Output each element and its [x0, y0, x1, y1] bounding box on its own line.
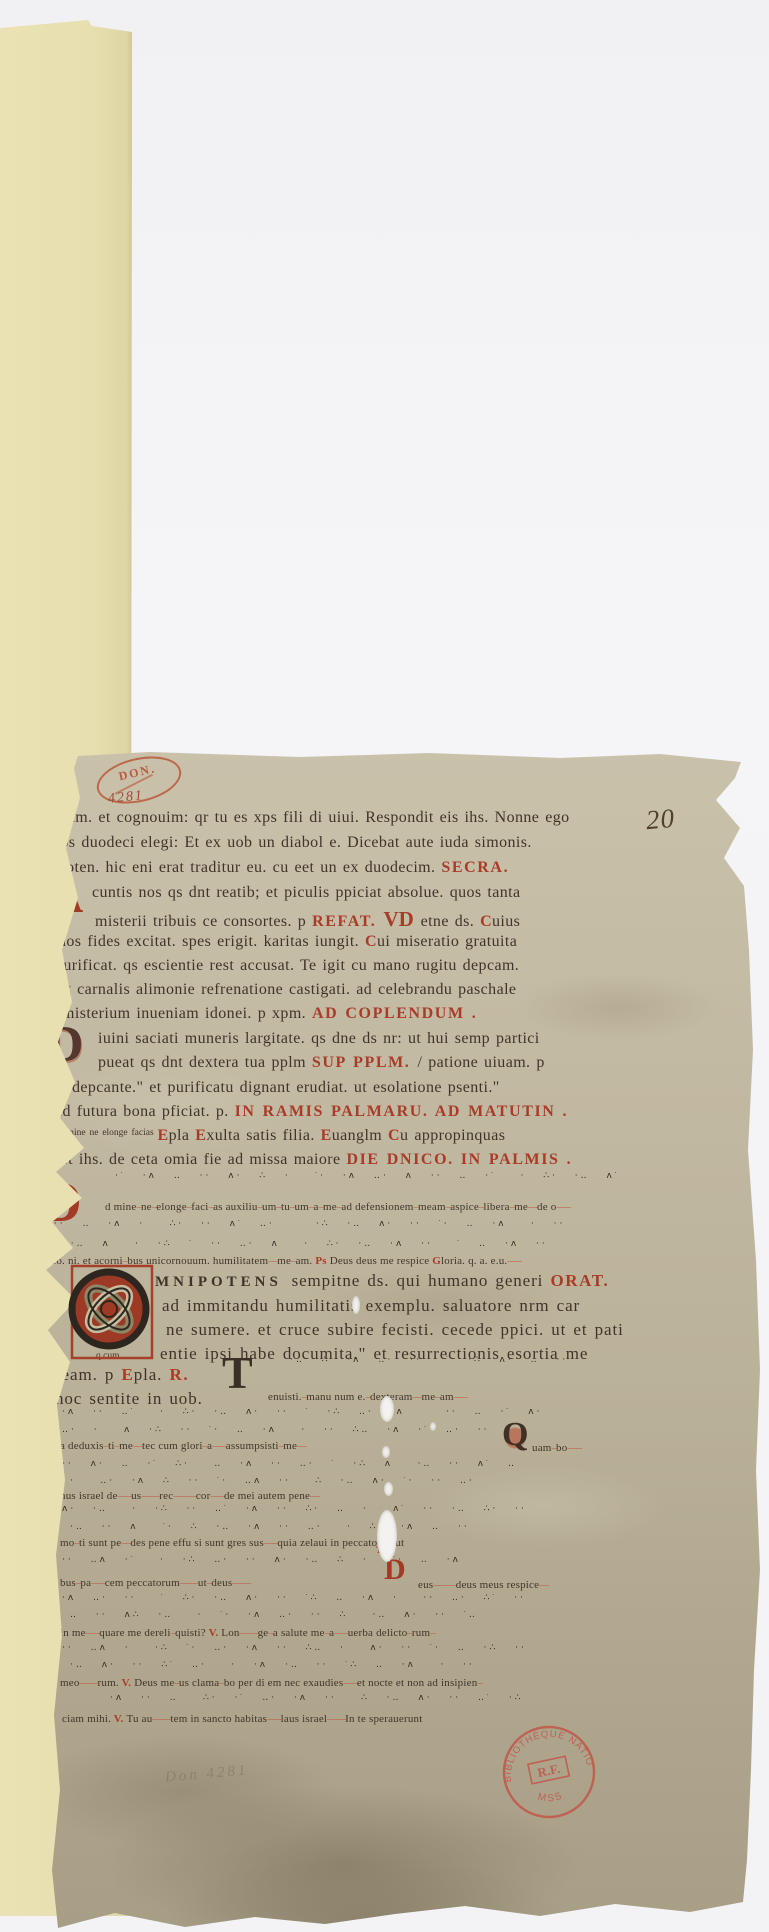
text-line: nus israel de–––us––––rec–––––cor–––de m… — [60, 1491, 319, 1502]
manuscript-text: assumpsisti — [226, 1440, 279, 1452]
manuscript-text: uam — [532, 1442, 552, 1454]
text-line: cuntis nos qs dnt reatib; et piculis ppi… — [92, 885, 521, 901]
rubric-text: E — [321, 1127, 332, 1144]
manuscript-text: ––– — [264, 1537, 278, 1549]
neume-row: ··· ‥ ·ʌ ·˙ ∴· ·· ʌ′ ‥· ˙ ·∴ ·‥ ʌ· ·· ′·… — [48, 1220, 738, 1233]
rubric-text: SECRA. — [441, 859, 509, 876]
manuscript-text: Deus me — [134, 1677, 174, 1689]
parchment-hole — [380, 1396, 394, 1422]
rubric-text: E — [121, 1365, 133, 1384]
text-line: dim. et cognouim: qr tu es xps fili di u… — [62, 810, 570, 826]
text-line: meo––––rum. V. Deus me–us clama–bo per d… — [60, 1678, 482, 1689]
manuscript-text: tu — [281, 1201, 290, 1213]
manuscript-text: ne — [141, 1201, 152, 1213]
manuscript-text: ad defensionem — [341, 1201, 413, 1213]
text-line: ut carnalis alimonie refrenatione castig… — [58, 982, 516, 998]
manuscript-text: –––– — [232, 1577, 250, 1589]
manuscript-text: meo — [60, 1677, 80, 1689]
text-line: arioten. hic eni erat traditur eu. cu ee… — [48, 860, 509, 876]
text-line: mo–ti sunt pe––des pene effu si sunt gre… — [60, 1538, 404, 1549]
manuscript-text: quisti? — [175, 1627, 206, 1639]
rubric-text: AD COPLENDUM . — [312, 1005, 477, 1022]
manuscript-text: ––– — [343, 1677, 357, 1689]
manuscript-text: cuntis nos qs dnt reatib; et piculis ppi… — [92, 884, 521, 901]
manuscript-text: In te sperauerunt — [345, 1713, 422, 1725]
neume-row: ·‥ ·· ʌ˙ ′· ∴ ·‥ ·ʌ ·· ‥· ˙· ∴· ·ʌ ‥ ·· — [70, 1523, 750, 1536]
manuscript-text: am. — [296, 1255, 313, 1267]
manuscript-text: tec cum glori — [142, 1440, 203, 1452]
text-line: iuini saciati muneris largitate. qs dne … — [98, 1031, 540, 1047]
manuscript-text: quia zelaui in peccato — [277, 1537, 377, 1549]
rubric-text: V. — [111, 1713, 126, 1725]
manuscript-text: – — [430, 1627, 435, 1639]
illuminated-initial-o — [64, 1258, 156, 1362]
manuscript-text: aspice — [450, 1201, 479, 1213]
parchment-hole — [352, 1296, 360, 1314]
manuscript-text: xulta satis filia. — [206, 1127, 320, 1144]
neume-row: ʌ· ·‥ ˙· ·∴ ·· ‥′ ·ʌ ·· ∴· ‥ ·˙ ʌ′ ·· ·‥… — [62, 1505, 752, 1518]
neume-row: ·′ ·ʌ ‥ ·· ʌ· ∴ ·˙ ′· ·ʌ ‥· ʌ ·· ‥ ·′ ˙·… — [115, 1172, 735, 1185]
manuscript-text: pueat qs dnt dextera tua pplm — [98, 1054, 312, 1071]
manuscript-text: –– — [121, 1537, 130, 1549]
manuscript-text: MNIPOTENS — [155, 1274, 292, 1290]
manuscript-text: ad futura bona pficiat. p. — [55, 1103, 235, 1120]
manuscript-text: ––– — [267, 1713, 281, 1725]
neume-row: ·˙ ‥· ·ʌ ∴ ·· ′· ‥ʌ ·· ˙∴ ·‥ ʌ· ′· ·· ‥· — [70, 1477, 740, 1490]
folio-number: 20 — [645, 803, 677, 836]
manuscript-text: ––––– — [173, 1490, 196, 1502]
text-line: ad futura bona pficiat. p. IN RAMIS PALM… — [55, 1104, 568, 1120]
rubric-text: R. — [169, 1365, 189, 1384]
manuscript-text: rum. — [98, 1677, 119, 1689]
neume-row: ‥ ·· ʌ∴ ·‥ ˙· ′· ·ʌ ‥· ·· ∴˙ ·‥ ʌ· ·· ′‥ — [70, 1611, 750, 1624]
manuscript-text: loria. q. a. e.u. — [441, 1255, 507, 1267]
manuscript-text: a salute me — [273, 1627, 325, 1639]
manuscript-text: me — [277, 1255, 291, 1267]
manuscript-text: hoc sentite in uob. — [55, 1389, 203, 1408]
manuscript-text: –– — [297, 1440, 306, 1452]
manuscript-text: u appropinquas — [400, 1127, 505, 1144]
library-stamp: BIBLIOTHÈQUE NATIONALE R.F. MSS — [490, 1713, 609, 1832]
manuscript-text: ––––– — [433, 1579, 456, 1591]
manuscript-text: / patione uiuam. p — [418, 1054, 545, 1071]
manuscript-text: –– — [539, 1579, 548, 1591]
manuscript-text: am — [440, 1391, 454, 1403]
manuscript-text: pla. — [134, 1365, 170, 1384]
manuscript-photo: dim. et cognouim: qr tu es xps fili di u… — [0, 0, 769, 1932]
manuscript-text: –––– — [180, 1577, 198, 1589]
manuscript-text: uanglm — [332, 1127, 388, 1144]
manuscript-text: depcante." et purificatu dignant erudiat… — [72, 1079, 500, 1096]
text-line: ciam mihi. V. Tu au––––tem in sancto hab… — [62, 1714, 422, 1725]
manuscript-text: Tu au — [126, 1713, 152, 1725]
manuscript-text: –– — [528, 1201, 537, 1213]
rubric-text: E — [158, 1127, 169, 1144]
text-line: misterium inueniam idonei. p xpm. AD COP… — [62, 1006, 477, 1022]
neume-row: ‥· ·˙ ʌ ·∴ ·· ′· ‥ ·ʌ ˙· ·· ∴‥ ·ʌ ·′ ‥· … — [62, 1426, 742, 1439]
text-line: misterii tribuis ce consortes. p REFAT. … — [95, 909, 520, 930]
manuscript-text: deus — [211, 1577, 232, 1589]
manuscript-text: set ihs. de ceta omia fie ad missa maior… — [54, 1151, 346, 1168]
manuscript-text: ––– — [210, 1490, 224, 1502]
manuscript-text: – — [477, 1677, 482, 1689]
text-line: set ihs. de ceta omia fie ad missa maior… — [54, 1152, 572, 1168]
manuscript-text: misterii tribuis ce consortes. p — [95, 913, 312, 930]
manuscript-text: pa — [80, 1577, 91, 1589]
neume-row: ·‥ ∴ ·ʌ ‥· ·· ˙′ ·∴ ʌ· ‥ ·· — [290, 1356, 740, 1369]
manuscript-text: quare me dereli — [99, 1627, 170, 1639]
text-line: ne sumere. et cruce subire fecisti. cece… — [166, 1321, 624, 1338]
manuscript-text: d mine — [105, 1201, 136, 1213]
manuscript-text: –––– — [327, 1713, 345, 1725]
manuscript-text: misterium inueniam idonei. p xpm. — [62, 1005, 312, 1022]
manuscript-text: ––– — [86, 1627, 100, 1639]
manuscript-text: mo — [60, 1537, 74, 1549]
rubric-text: Ps — [312, 1255, 329, 1267]
manuscript-text: –––– — [152, 1713, 170, 1725]
rubric-text: C — [480, 913, 492, 930]
rubric-text: V. — [119, 1677, 134, 1689]
manuscript-text: libera — [483, 1201, 509, 1213]
rubric-text: E — [195, 1127, 206, 1144]
manuscript-text: ––– — [507, 1255, 521, 1267]
text-line: a deduxis–ti–me––tec cum glori–a–––assum… — [60, 1441, 306, 1452]
manuscript-text: ne sumere. et cruce subire fecisti. cece… — [166, 1320, 624, 1339]
manuscript-text: um — [294, 1201, 308, 1213]
manuscript-text: manu num e. — [306, 1391, 365, 1403]
manuscript-text: me — [422, 1391, 436, 1403]
text-line: purificat. qs escientie rest accusat. Te… — [55, 958, 519, 974]
text-line: d mine–ne–elonge–faci–as auxiliu–um–tu–u… — [105, 1202, 570, 1213]
manuscript-text: rum — [412, 1627, 430, 1639]
manuscript-text: cem peccatorum — [105, 1577, 180, 1589]
rubric-text: V. — [206, 1627, 221, 1639]
text-line: nos duodeci elegi: Et ex uob un diabol e… — [52, 835, 532, 851]
rubric-text: C — [388, 1127, 400, 1144]
manuscript-text: me — [119, 1440, 133, 1452]
text-line: Domine ne elonge facias Epla Exulta sati… — [55, 1128, 505, 1144]
manuscript-text: me — [283, 1440, 297, 1452]
text-line: pueat qs dnt dextera tua pplm SUP PPLM. … — [98, 1055, 545, 1071]
neume-row: · ·‥ ʌ ˙· ·∴ ′ ·· ‥· ʌ˙ · ∴· ·‥ ·ʌ ·· ˙′… — [48, 1240, 738, 1253]
rubric-text: REFAT. — [312, 913, 383, 930]
manuscript-text: elonge — [156, 1201, 187, 1213]
text-line: enuisti.–manu num e.–dexteram––me–am––– — [268, 1392, 467, 1403]
rubric-text: IN RAMIS PALMARU. AD MATUTIN . — [235, 1103, 569, 1120]
library-stamp-center-text: R.F. — [536, 1761, 561, 1780]
neume-row: ·· ʌ· ‥ ·′ ∴· ˙‥ ·ʌ ·· ‥· ′ ·∴ ʌ˙ ·‥ ·· … — [62, 1460, 752, 1473]
manuscript-text: as auxiliu — [213, 1201, 257, 1213]
manuscript-text: tem in sancto habitas — [170, 1713, 267, 1725]
manuscript-text: purificat. qs escientie rest accusat. Te… — [55, 957, 519, 974]
svg-text:MSS: MSS — [535, 1787, 566, 1808]
rubric-text: SUP PPLM. — [312, 1054, 418, 1071]
manuscript-text: –– — [310, 1490, 319, 1502]
parchment-hole — [382, 1446, 390, 1458]
manuscript-text: –– — [133, 1440, 142, 1452]
manuscript-text: us — [131, 1490, 141, 1502]
manuscript-text: uerba delicto — [348, 1627, 408, 1639]
manuscript-text: arioten. hic eni erat traditur eu. cu ee… — [48, 859, 441, 876]
manuscript-text: nos duodeci elegi: Et ex uob un diabol e… — [52, 834, 532, 851]
neume-row: ·· ‥ʌ ·˙ ·∴ ′· ‥· ·ʌ ·· ∴‥ ·˙ ʌ· ·· ′· ‥… — [62, 1644, 752, 1657]
manuscript-text: a deduxis — [60, 1440, 104, 1452]
rubric-text: C — [365, 933, 377, 950]
manuscript-text: eus — [418, 1579, 433, 1591]
manuscript-text: ––– — [212, 1440, 226, 1452]
manuscript-text: Lon — [221, 1627, 239, 1639]
manuscript-text: pla — [169, 1127, 196, 1144]
neume-row: ·ʌ ·· ‥′ ˙· ∴· ·‥ ʌ· ·· ′ ·∴ ‥· ·ʌ ˙ ·· … — [62, 1408, 752, 1421]
text-line: eus–––––deus meus respice–– — [418, 1580, 548, 1591]
text-line: ad immitandu humilitatis exemplu. saluat… — [162, 1297, 580, 1314]
manuscript-text: ––– — [454, 1391, 468, 1403]
text-line: bus–pa–––cem peccatorum––––ut–deus–––– — [60, 1578, 250, 1589]
manuscript-text: iuini saciati muneris largitate. qs dne … — [98, 1030, 540, 1047]
manuscript-text: –– — [413, 1391, 422, 1403]
manuscript-text: ge — [258, 1627, 269, 1639]
text-line: hoc sentite in uob. — [55, 1390, 203, 1407]
rubric-text: G — [432, 1255, 441, 1267]
manuscript-text: ui miseratio gratuita — [377, 933, 517, 950]
manuscript-text: us clama — [179, 1677, 219, 1689]
manuscript-text: ––– — [334, 1627, 348, 1639]
manuscript-text: laus israel — [281, 1713, 328, 1725]
text-line: in me–––quare me dereli–quisti? V. Lon––… — [60, 1628, 435, 1639]
manuscript-text: –– — [268, 1255, 277, 1267]
manuscript-text: de o — [537, 1201, 556, 1213]
manuscript-text: etne ds. — [421, 913, 480, 930]
manuscript-text: de mei autem pene — [224, 1490, 310, 1502]
manuscript-text: ciam mihi. — [62, 1713, 111, 1725]
manuscript-text: cor — [196, 1490, 211, 1502]
manuscript-text: me — [514, 1201, 528, 1213]
decorated-initial: Q — [502, 1420, 528, 1451]
manuscript-text: deus meus respice — [456, 1579, 539, 1591]
manuscript-text: Deus deus me respice — [330, 1255, 433, 1267]
oval-stamp-text: DON. — [117, 761, 157, 783]
parchment-hole — [430, 1422, 436, 1431]
manuscript-text: in me — [60, 1627, 86, 1639]
manuscript-text: VD — [383, 907, 420, 931]
neume-row: ·ʌ ·· ‥˙ ∴· ·′ ‥· ·ʌ ·· ˙∴ ·‥ ʌ· ·· ‥′ ·… — [110, 1694, 730, 1707]
text-line: ream. p Epla. R. — [55, 1366, 189, 1383]
manuscript-text: sempitne ds. qui humano generi — [292, 1271, 551, 1290]
manuscript-text: meam — [418, 1201, 446, 1213]
manuscript-text: ti sunt pe — [79, 1537, 121, 1549]
parchment-hole — [384, 1482, 393, 1496]
text-line: MNIPOTENS sempitne ds. qui humano generi… — [155, 1272, 609, 1290]
manuscript-text: ut — [198, 1577, 207, 1589]
manuscript-text: ut carnalis alimonie refrenatione castig… — [58, 981, 516, 998]
manuscript-text: enuisti. — [268, 1391, 302, 1403]
manuscript-text: um — [262, 1201, 276, 1213]
manuscript-text: –––– — [240, 1627, 258, 1639]
manuscript-text: me — [323, 1201, 337, 1213]
manuscript-text: des pene effu si sunt gres sus — [130, 1537, 264, 1549]
manuscript-text: –––– — [141, 1490, 159, 1502]
neume-row: ·ʌ ‥· ·· ˙′ ∴· ·‥ ʌ· ·· ′∴ ‥ ·ʌ ·˙ ·· ‥·… — [62, 1594, 752, 1607]
manuscript-text: ad immitandu humilitatis exemplu. saluat… — [162, 1296, 580, 1315]
manuscript-text: ––– — [91, 1577, 105, 1589]
manuscript-text: bus — [60, 1577, 76, 1589]
manuscript-text: dim. et cognouim: qr tu es xps fili di u… — [62, 809, 570, 826]
library-stamp-bottom-text: MSS — [535, 1787, 566, 1808]
manuscript-text: ––– — [556, 1201, 570, 1213]
decorated-initial: T — [222, 1352, 253, 1393]
manuscript-text: –––– — [80, 1677, 98, 1689]
manuscript-text: uius — [492, 913, 520, 930]
parchment-hole — [377, 1510, 397, 1562]
text-line: nos fides excitat. spes erigit. karitas … — [58, 934, 517, 950]
manuscript-text: ––– — [567, 1442, 581, 1454]
text-line: depcante." et purificatu dignant erudiat… — [72, 1080, 500, 1096]
manuscript-text: ––– — [118, 1490, 132, 1502]
manuscript-text: rec — [159, 1490, 173, 1502]
manuscript-text: nus israel de — [60, 1490, 118, 1502]
text-line: uam–bo––– — [532, 1443, 581, 1454]
rubric-text: DIE DNICO. IN PALMIS . — [346, 1151, 572, 1168]
manuscript-text: nos fides excitat. spes erigit. karitas … — [58, 933, 365, 950]
manuscript-text: bo — [556, 1442, 567, 1454]
manuscript-text: faci — [191, 1201, 208, 1213]
manuscript-text: et nocte et non ad insipien — [357, 1677, 478, 1689]
neume-row: ·‥ ʌ· ·· ∴′ ‥· ˙· ·ʌ ·‥ ·· ′∴ ‥ ·ʌ ˙· ·· — [70, 1661, 750, 1674]
rubric-text: ORAT. — [550, 1271, 609, 1290]
manuscript-text: bo per di em nec exaudies — [224, 1677, 344, 1689]
